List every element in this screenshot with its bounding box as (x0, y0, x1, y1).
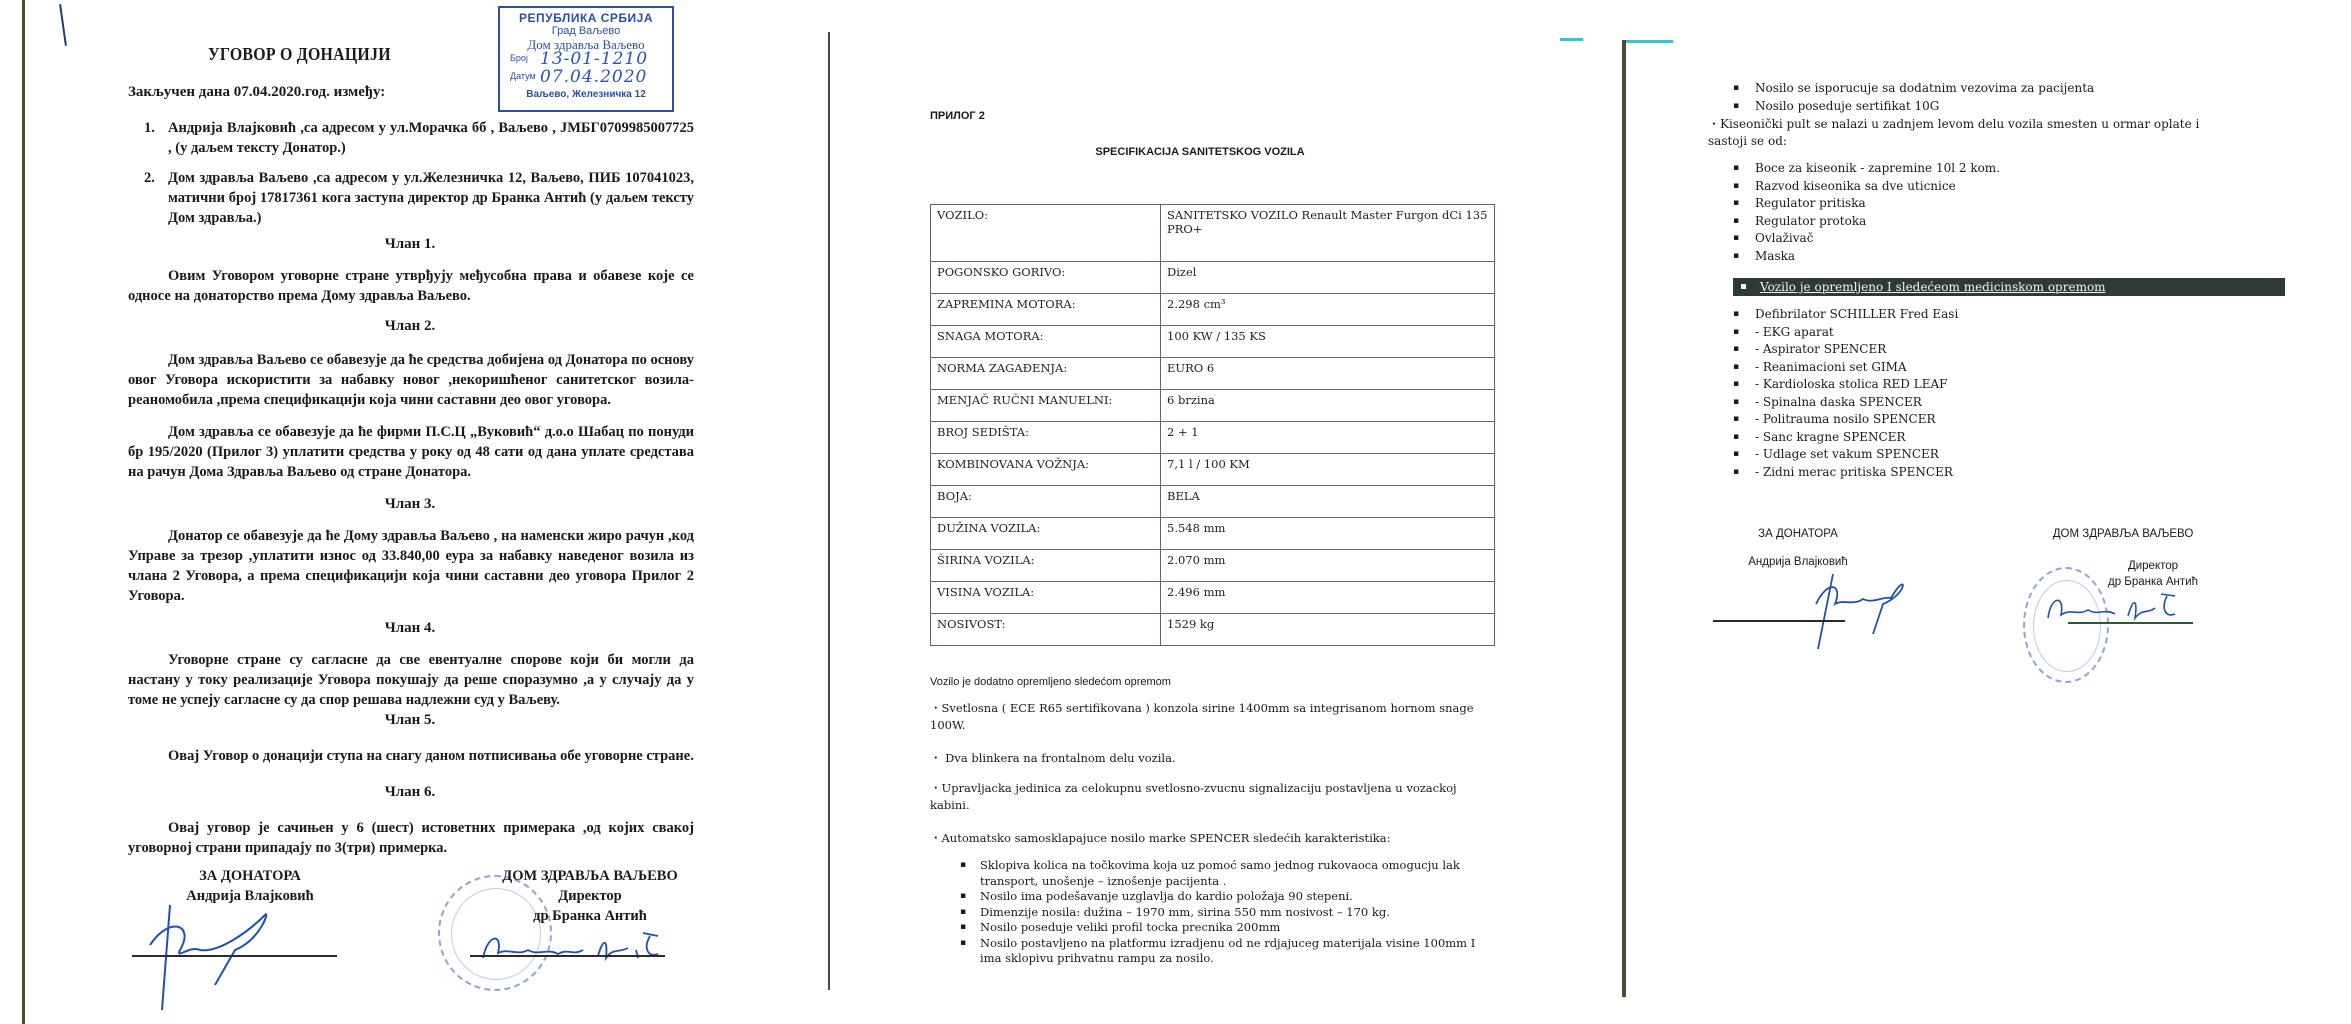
stamp-number-label: Број (510, 53, 528, 63)
spec-label: ZAPREMINA MOTORA: (931, 294, 1161, 326)
spec-label: NORMA ZAGAĐENJA: (931, 358, 1161, 390)
medical-item: - Sanc kragne SPENCER (1733, 429, 2333, 447)
spec-row: VOZILO:SANITETSKO VOZILO Renault Master … (931, 205, 1495, 262)
medical-items-list: Defibrilator SCHILLER Fred Easi - EKG ap… (1733, 306, 2333, 481)
spec-row: DUŽINA VOZILA:5.548 mm (931, 518, 1495, 550)
spec-row: BOJA:BELA (931, 486, 1495, 518)
medical-item: Defibrilator SCHILLER Fred Easi (1733, 306, 2333, 324)
stretcher-feature: Nosilo se isporucuje sa dodatnim vezovim… (1733, 80, 2333, 98)
spec-value: SANITETSKO VOZILO Renault Master Furgon … (1161, 205, 1495, 262)
spec-label: POGONSKO GORIVO: (931, 262, 1161, 294)
donor-signature (1813, 574, 1913, 654)
donor-name: Андрија Влајковић (1723, 552, 1873, 572)
party-number: 2. (144, 168, 155, 188)
spec-label: KOMBINOVANA VOŽNJA: (931, 454, 1161, 486)
spec-value: EURO 6 (1161, 358, 1495, 390)
director-title: Директор (480, 886, 700, 906)
spec-row: BROJ SEDIŠTA:2 + 1 (931, 422, 1495, 454)
spec-value: Dizel (1161, 262, 1495, 294)
donor-signature-block: ЗА ДОНАТОРА Андрија Влајковић (150, 866, 350, 906)
clause-3-heading: Члан 3. (0, 496, 820, 513)
clause-2-paragraph-2: Дом здравља се обавезује да ће фирми П.С… (128, 422, 694, 482)
oxygen-item: Regulator protoka (1733, 213, 2333, 231)
party-number: 1. (144, 118, 155, 138)
spec-value: 100 KW / 135 KS (1161, 326, 1495, 358)
medical-item: - Reanimacioni set GIMA (1733, 359, 2333, 377)
stamp-number: 13-01-1210 (540, 49, 648, 69)
spec-row: POGONSKO GORIVO:Dizel (931, 262, 1495, 294)
banner-text: Vozilo je opremljeno I sledećeom medicin… (1760, 280, 2106, 294)
vehicle-spec-table: VOZILO:SANITETSKO VOZILO Renault Master … (930, 204, 1495, 646)
medical-item: - EKG aparat (1733, 324, 2333, 342)
donor-name: Андрија Влајковић (150, 886, 350, 906)
stretcher-feature: Nosilo ima podešavanje uzglavlja do kard… (960, 889, 1500, 905)
director-name: др Бранка Антић (2083, 572, 2223, 592)
equipment-item: ・Svetlosna ( ECE R65 sertifikovana ) kon… (930, 700, 1490, 734)
clause-2-heading: Члан 2. (0, 318, 820, 335)
clause-4-heading: Члан 4. (0, 620, 820, 637)
director-signature (2043, 590, 2183, 624)
spec-value: BELA (1161, 486, 1495, 518)
medical-item: - Spinalna daska SPENCER (1733, 394, 2333, 412)
party-2: 2. Дом здравља Ваљево ,са адресом у ул.Ж… (144, 168, 694, 228)
director-signature-line (2068, 622, 2193, 624)
spec-row: ŠIRINA VOZILA:2.070 mm (931, 550, 1495, 582)
spec-row: ZAPREMINA MOTORA:2.298 cm³ (931, 294, 1495, 326)
spec-label: VISINA VOZILA: (931, 582, 1161, 614)
spec-value: 2.070 mm (1161, 550, 1495, 582)
equipment-intro: Vozilo je dodatno opremljeno sledećom op… (930, 676, 1171, 688)
institution-role: ДОМ ЗДРАВЉА ВАЉЕВО (2033, 524, 2213, 544)
stretcher-feature: Nosilo poseduje veliki profil tocka prec… (960, 920, 1500, 936)
spec-label: BOJA: (931, 486, 1161, 518)
stamp-date-label: Датум (510, 71, 536, 81)
medical-item: - Udlage set vakum SPENCER (1733, 446, 2333, 464)
spec-row: KOMBINOVANA VOŽNJA:7,1 l / 100 KM (931, 454, 1495, 486)
spec-value: 2 + 1 (1161, 422, 1495, 454)
oxygen-item: Ovlaživač (1733, 230, 2333, 248)
oxygen-item: Boce za kiseonik - zapremine 10l 2 kom. (1733, 160, 2333, 178)
stretcher-feature: Nosilo poseduje sertifikat 10G (1733, 98, 2333, 116)
institution-role: ДОМ ЗДРАВЉА ВАЉЕВО (480, 866, 700, 886)
director-signature (478, 928, 678, 968)
donor-signature-line (132, 955, 337, 957)
clause-3-paragraph: Донатор се обавезује да ће Дому здравља … (128, 526, 694, 606)
clause-1-heading: Члан 1. (0, 236, 820, 253)
spec-row: MENJAČ RUČNI MANUELNI:6 brzina (931, 390, 1495, 422)
party-text: Андрија Влајковић ,са адресом у ул.Морач… (168, 118, 694, 158)
spec-row: SNAGA MOTORA:100 KW / 135 KS (931, 326, 1495, 358)
spec-row: NORMA ZAGAĐENJA:EURO 6 (931, 358, 1495, 390)
clause-5-heading: Члан 5. (0, 712, 820, 729)
equipment-item: ・Automatsko samosklapajuce nosilo marke … (930, 830, 1490, 847)
medical-item: - Kardioloska stolica RED LEAF (1733, 376, 2333, 394)
party-text: Дом здравља Ваљево ,са адресом у ул.Желе… (168, 168, 694, 228)
attachment-label: ПРИЛОГ 2 (930, 110, 985, 122)
clause-1-paragraph: Овим Уговором уговорне стране утврђују м… (128, 266, 694, 306)
stamp-line2: Град Ваљево (500, 25, 672, 37)
stretcher-features-list: Sklopiva kolica na točkovima koja uz pom… (960, 858, 1500, 967)
donor-role: ЗА ДОНАТОРА (1723, 524, 1873, 544)
oxygen-items-list: Boce za kiseonik - zapremine 10l 2 kom. … (1733, 160, 2333, 265)
spec-label: VOZILO: (931, 205, 1161, 262)
spec-value: 2.298 cm³ (1161, 294, 1495, 326)
clause-5-paragraph: Овај Уговор о донацији ступа на снагу да… (128, 746, 694, 766)
donor-role: ЗА ДОНАТОРА (150, 866, 350, 886)
medical-item: - Politrauma nosilo SPENCER (1733, 411, 2333, 429)
spec-value: 7,1 l / 100 KM (1161, 454, 1495, 486)
contract-page: УГОВОР О ДОНАЦИЈИ РЕПУБЛИКА СРБИЈА Град … (0, 0, 820, 1024)
specification-title: SPECIFIKACIJA SANITETSKOG VOZILA (830, 146, 1570, 158)
spec-label: BROJ SEDIŠTA: (931, 422, 1161, 454)
spec-row: NOSIVOST:1529 kg (931, 614, 1495, 646)
stretcher-features-cont: Nosilo se isporucuje sa dodatnim vezovim… (1733, 80, 2333, 115)
clause-4-paragraph: Уговорне стране су сагласне да све евент… (128, 650, 694, 710)
spec-value: 1529 kg (1161, 614, 1495, 646)
spec-label: DUŽINA VOZILA: (931, 518, 1161, 550)
contract-title: УГОВОР О ДОНАЦИЈИ (208, 44, 391, 65)
spec-label: NOSIVOST: (931, 614, 1161, 646)
stamp-line1: РЕПУБЛИКА СРБИЈА (500, 11, 672, 25)
stretcher-feature: Nosilo postavljeno na platformu izradjen… (960, 936, 1500, 967)
donor-signature-line (1713, 620, 1845, 622)
oxygen-item: Regulator pritiska (1733, 195, 2333, 213)
equipment-item: ・Upravljacka jedinica za celokupnu svetl… (930, 780, 1490, 814)
equipment-page: Nosilo se isporucuje sa dodatnim vezovim… (1623, 0, 2351, 1024)
medical-item: - Zidni merac pritiska SPENCER (1733, 464, 2333, 482)
spec-label: MENJAČ RUČNI MANUELNI: (931, 390, 1161, 422)
oxygen-item: Maska (1733, 248, 2333, 266)
institution-signature-block: ДОМ ЗДРАВЉА ВАЉЕВО Директор др Бранка Ан… (480, 866, 700, 926)
clause-6-heading: Члан 6. (0, 784, 820, 801)
specification-page: ПРИЛОГ 2 SPECIFIKACIJA SANITETSKOG VOZIL… (830, 0, 1570, 1024)
concluded-line: Закључен дана 07.04.2020.год. између: (128, 82, 693, 102)
bullet-square-icon (1741, 284, 1746, 289)
spec-value: 5.548 mm (1161, 518, 1495, 550)
oxygen-intro: ・Kiseonički pult se nalazi u zadnjem lev… (1708, 116, 2228, 150)
equipment-item: ・ Dva blinkera na frontalnom delu vozila… (930, 750, 1490, 767)
stretcher-feature: Dimenzije nosila: dužina – 1970 mm, siri… (960, 905, 1500, 921)
director-signature-line (470, 955, 665, 957)
donor-signature (140, 905, 290, 1015)
clause-2-paragraph-1: Дом здравља Ваљево се обавезује да ће ср… (128, 350, 694, 410)
spec-value: 2.496 mm (1161, 582, 1495, 614)
oxygen-item: Razvod kiseonika sa dve uticnice (1733, 178, 2333, 196)
medical-equipment-banner: Vozilo je opremljeno I sledećeom medicin… (1733, 278, 2285, 296)
stretcher-feature: Sklopiva kolica na točkovima koja uz pom… (960, 858, 1500, 889)
spec-row: VISINA VOZILA:2.496 mm (931, 582, 1495, 614)
spec-label: SNAGA MOTORA: (931, 326, 1161, 358)
director-name: др Бранка Антић (480, 906, 700, 926)
spec-label: ŠIRINA VOZILA: (931, 550, 1161, 582)
party-1: 1. Андрија Влајковић ,са адресом у ул.Мо… (144, 118, 694, 158)
clause-6-paragraph: Овај уговор је сачињен у 6 (шест) истове… (128, 818, 694, 858)
spec-value: 6 brzina (1161, 390, 1495, 422)
medical-item: - Aspirator SPENCER (1733, 341, 2333, 359)
